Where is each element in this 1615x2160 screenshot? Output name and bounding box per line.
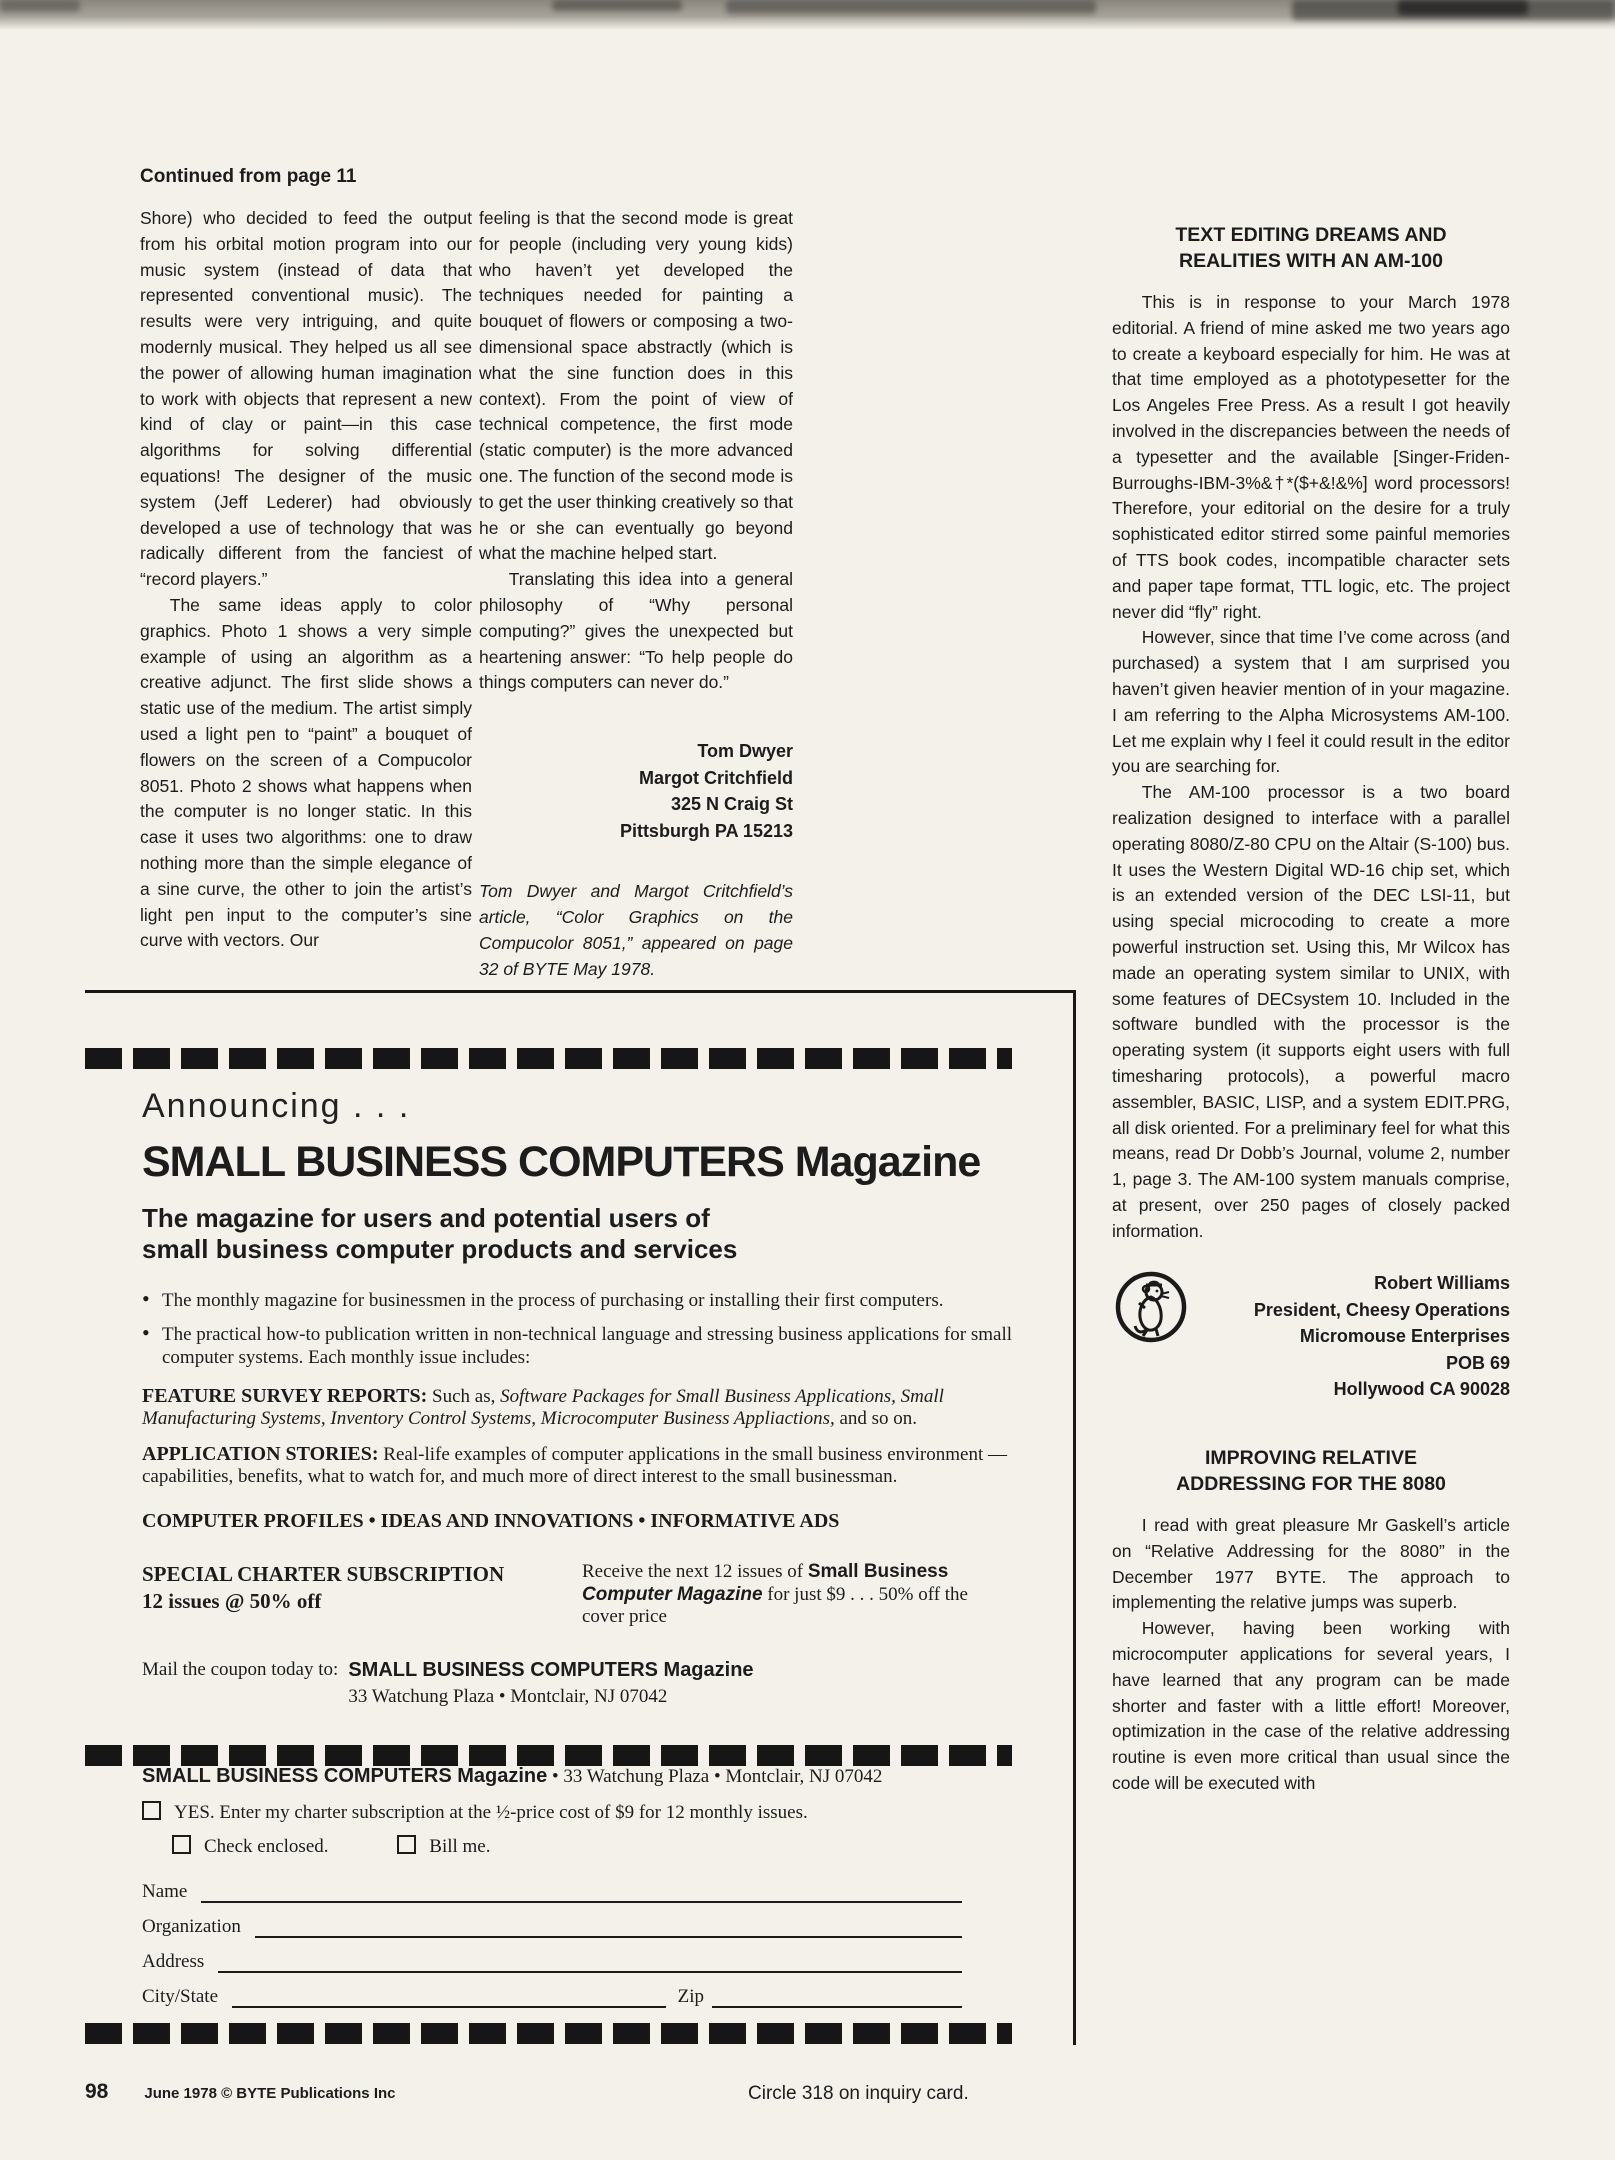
yes-option-row: YES. Enter my charter subscription at th…: [142, 1801, 1026, 1824]
name-field-label: Name: [142, 1881, 187, 1903]
ad-title: SMALL BUSINESS COMPUTERS Magazine: [142, 1138, 1026, 1187]
letter-paragraph: Translating this idea into a general phi…: [479, 567, 793, 696]
organization-field-label: Organization: [142, 1916, 241, 1938]
name-field-row: Name: [142, 1882, 962, 1903]
mail-magazine-name: SMALL BUSINESS COMPUTERS Magazine: [348, 1659, 753, 1682]
ad-bullet-item: The monthly magazine for businessmen in …: [142, 1289, 1026, 1312]
letter-paragraph: The AM-100 processor is a two board real…: [1112, 780, 1510, 1244]
letter-signature: Robert WilliamsPresident, Cheesy Operati…: [1190, 1270, 1510, 1403]
bill-me-label: Bill me.: [429, 1836, 490, 1857]
letters-column-2: feeling is that the second mode is great…: [479, 206, 793, 982]
subscription-coupon: SMALL BUSINESS COMPUTERS Magazine • 33 W…: [142, 1765, 1026, 2008]
mail-coupon-row: Mail the coupon today to: SMALL BUSINESS…: [142, 1659, 1026, 1708]
page-number: 98: [85, 2080, 108, 2104]
city-state-field-line[interactable]: [232, 1985, 666, 2008]
coupon-magazine-name: SMALL BUSINESS COMPUTERS Magazine: [142, 1765, 547, 1787]
receive-magazine-name: Computer Magazine: [582, 1584, 763, 1605]
ad-body: Announcing . . . SMALL BUSINESS COMPUTER…: [142, 1087, 1026, 1708]
payment-options-row: Check enclosed. Bill me.: [172, 1835, 1026, 1858]
letter-title-line: ADDRESSING FOR THE 8080: [1112, 1471, 1510, 1497]
address-field-label: Address: [142, 1951, 204, 1973]
letter-paragraphs: feeling is that the second mode is great…: [479, 206, 793, 696]
signature-line: Tom Dwyer: [479, 738, 793, 765]
letter-paragraph: Shore) who decided to feed the output fr…: [140, 206, 472, 593]
zip-field-line[interactable]: [712, 1985, 962, 2008]
signature-line: Robert Williams: [1190, 1270, 1510, 1297]
ad-subtitle-line: The magazine for users and potential use…: [142, 1203, 1026, 1234]
bill-me-checkbox[interactable]: [397, 1835, 416, 1854]
letter-signature: Tom DwyerMargot Critchfield325 N Craig S…: [479, 738, 793, 844]
ad-profiles-line: COMPUTER PROFILES • IDEAS AND INNOVATION…: [142, 1510, 1026, 1533]
signature-line: Hollywood CA 90028: [1190, 1376, 1510, 1403]
mail-destination: SMALL BUSINESS COMPUTERS Magazine 33 Wat…: [348, 1659, 753, 1708]
charter-heading-line: SPECIAL CHARTER SUBSCRIPTION: [142, 1561, 582, 1588]
signature-line: Micromouse Enterprises: [1190, 1323, 1510, 1350]
letter-paragraph: The same ideas apply to color graphics. …: [140, 593, 472, 954]
check-enclosed-label: Check enclosed.: [204, 1836, 329, 1857]
organization-field-row: Organization: [142, 1917, 962, 1938]
letters-column-3: TEXT EDITING DREAMS AND REALITIES WITH A…: [1112, 222, 1510, 1797]
application-stories-paragraph: APPLICATION STORIES: Real-life examples …: [142, 1443, 1026, 1488]
signature-line: 325 N Craig St: [479, 791, 793, 818]
charter-offer-heading: SPECIAL CHARTER SUBSCRIPTION 12 issues @…: [142, 1561, 582, 1629]
letter-paragraph: feeling is that the second mode is great…: [479, 206, 793, 567]
coupon-header: SMALL BUSINESS COMPUTERS Magazine • 33 W…: [142, 1765, 1026, 1788]
dashed-separator: [85, 1745, 1012, 1766]
ad-bullet-item: The practical how-to publication written…: [142, 1323, 1026, 1369]
signature-line: Pittsburgh PA 15213: [479, 818, 793, 845]
letter-paragraph: However, having been working with microc…: [1112, 1616, 1510, 1797]
coupon-address: • 33 Watchung Plaza • Montclair, NJ 0704…: [547, 1766, 882, 1787]
letter-title-line: REALITIES WITH AN AM-100: [1112, 248, 1510, 274]
ad-subtitle: The magazine for users and potential use…: [142, 1203, 1026, 1265]
feature-survey-label: FEATURE SURVEY REPORTS:: [142, 1385, 427, 1407]
ad-subtitle-line: small business computer products and ser…: [142, 1234, 1026, 1265]
letter-paragraphs: Shore) who decided to feed the output fr…: [140, 206, 472, 954]
signature-row: Robert WilliamsPresident, Cheesy Operati…: [1112, 1268, 1510, 1403]
editor-note: Tom Dwyer and Margot Critchfield’s artic…: [479, 878, 793, 982]
scan-smudge: [552, 0, 682, 11]
charter-heading-line: 12 issues @ 50% off: [142, 1588, 582, 1615]
letter-paragraphs: I read with great pleasure Mr Gaskell’s …: [1112, 1513, 1510, 1797]
letters-column-1: Continued from page 11 Shore) who decide…: [140, 166, 472, 954]
letter-title: TEXT EDITING DREAMS AND REALITIES WITH A…: [1112, 222, 1510, 274]
letter-paragraph: I read with great pleasure Mr Gaskell’s …: [1112, 1513, 1510, 1616]
letter-title-line: IMPROVING RELATIVE: [1112, 1445, 1510, 1471]
page-footer: 98 June 1978 © BYTE Publications Inc: [85, 2080, 396, 2104]
small-business-computers-ad: Announcing . . . SMALL BUSINESS COMPUTER…: [85, 990, 1076, 2045]
organization-field-line[interactable]: [255, 1915, 962, 1938]
micromouse-logo-icon: [1112, 1268, 1190, 1346]
dashed-separator: [85, 2023, 1012, 2044]
zip-field-label: Zip: [678, 1986, 704, 2008]
inquiry-card-note: Circle 318 on inquiry card.: [748, 2083, 969, 2105]
mail-address: 33 Watchung Plaza • Montclair, NJ 07042: [348, 1686, 753, 1708]
yes-checkbox[interactable]: [142, 1801, 161, 1820]
receive-text: Receive the next 12 issues of: [582, 1561, 808, 1582]
letter-paragraph: This is in response to your March 1978 e…: [1112, 290, 1510, 625]
signature-line: POB 69: [1190, 1350, 1510, 1377]
letter-paragraphs: This is in response to your March 1978 e…: [1112, 290, 1510, 1244]
feature-survey-intro: Such as,: [427, 1386, 500, 1407]
scan-smudge: [726, 0, 1096, 14]
magazine-page: Continued from page 11 Shore) who decide…: [0, 0, 1615, 2160]
ad-bullet-list: The monthly magazine for businessmen in …: [142, 1289, 1026, 1369]
mail-label: Mail the coupon today to:: [142, 1659, 338, 1708]
feature-survey-outro: and so on.: [835, 1408, 917, 1429]
letter-paragraph: However, since that time I’ve come acros…: [1112, 625, 1510, 780]
dashed-separator: [85, 1048, 1012, 1069]
check-enclosed-checkbox[interactable]: [172, 1835, 191, 1854]
issue-imprint: June 1978 © BYTE Publications Inc: [144, 2085, 395, 2102]
charter-offer-text: Receive the next 12 issues of Small Busi…: [582, 1561, 982, 1629]
address-field-row: Address: [142, 1952, 962, 1973]
charter-offer-row: SPECIAL CHARTER SUBSCRIPTION 12 issues @…: [142, 1561, 1026, 1629]
feature-survey-paragraph: FEATURE SURVEY REPORTS: Such as, Softwar…: [142, 1385, 1026, 1430]
city-state-field-label: City/State: [142, 1986, 218, 2008]
address-field-line[interactable]: [218, 1950, 962, 1973]
application-stories-label: APPLICATION STORIES:: [142, 1443, 379, 1465]
signature-line: Margot Critchfield: [479, 765, 793, 792]
continued-from-label: Continued from page 11: [140, 166, 472, 188]
scan-smudge: [1398, 0, 1528, 15]
scan-smudge: [0, 0, 80, 12]
name-field-line[interactable]: [201, 1880, 962, 1903]
signature-line: President, Cheesy Operations: [1190, 1297, 1510, 1324]
yes-option-label: YES. Enter my charter subscription at th…: [174, 1802, 808, 1823]
ad-announcing: Announcing . . .: [142, 1087, 1026, 1126]
receive-magazine-name: Small Business: [808, 1561, 948, 1582]
city-state-field-row: City/State Zip: [142, 1987, 962, 2008]
letter-title-line: TEXT EDITING DREAMS AND: [1112, 222, 1510, 248]
letter-title: IMPROVING RELATIVE ADDRESSING FOR THE 80…: [1112, 1445, 1510, 1497]
